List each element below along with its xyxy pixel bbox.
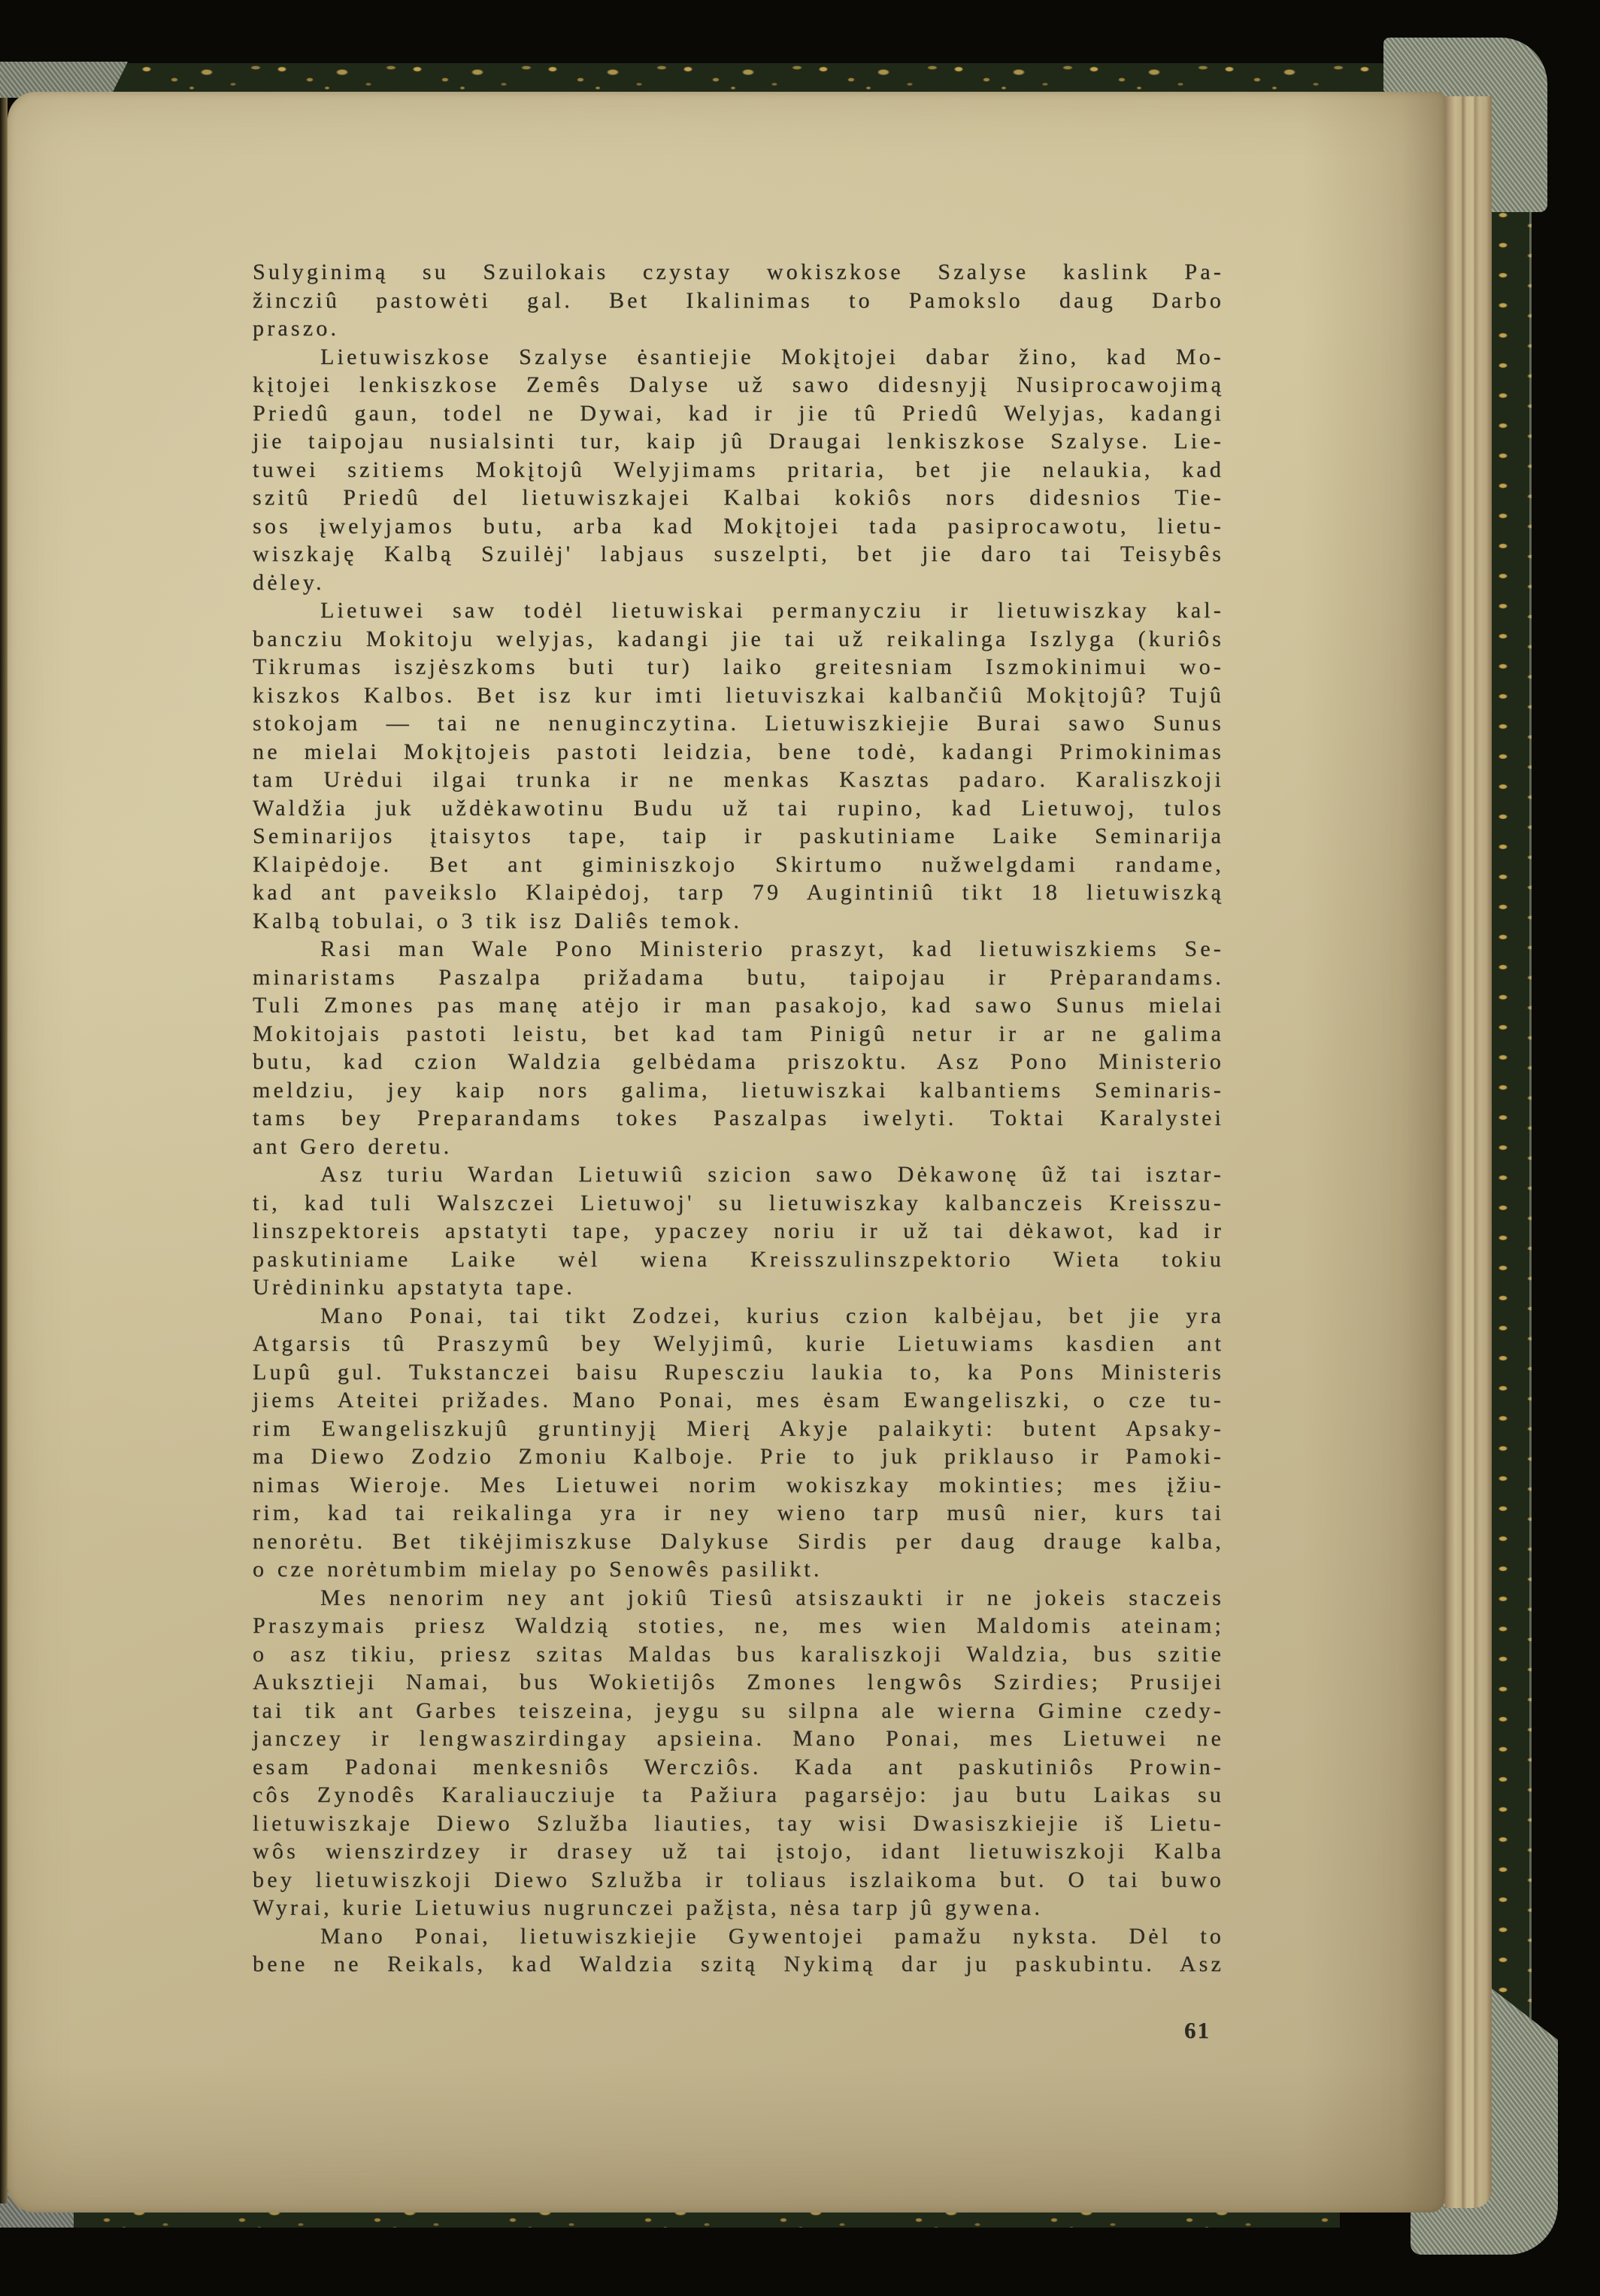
text-line: paskutiniame Laike wėl wiena Kreisszulin… [253,1245,1224,1274]
text-line: wiszkaję Kalbą Szuilėj' labjaus suszelpt… [253,540,1224,569]
paragraph: Rasi man Wale Pono Ministerio praszyt, k… [253,935,1224,1160]
text-line: o cze norėtumbim mielay po Senowês pasil… [253,1555,1224,1584]
text-line: ti, kad tuli Walszczei Lietuwoj' su liet… [253,1189,1224,1218]
text-line: kiszkos Kalbos. Bet isz kur imti lietuvi… [253,681,1224,710]
text-line: Praszymais priesz Waldzią stoties, ne, m… [253,1612,1224,1640]
text-line: Mano Ponai, tai tikt Zodzei, kurius czio… [253,1302,1224,1330]
text-line: sos įwelyjamos butu, arba kad Mokįtojei … [253,512,1224,541]
text-line: kad ant paveikslo Klaipėdoj, tarp 79 Aug… [253,878,1224,907]
page-stack-fore-edge [1445,96,1492,2208]
text-line: Lupû gul. Tukstanczei baisu Rupescziu la… [253,1358,1224,1387]
book-cover-right-edge [1492,89,1532,2032]
text-line: Kalbą tobulai, o 3 tik isz Daliês temok. [253,907,1224,936]
text-line: Wyrai, kurie Lietuwius nugrunczei pažįst… [253,1894,1224,1922]
paragraph: Asz turiu Wardan Lietuwiû szicion sawo D… [253,1160,1224,1302]
text-line: žincziû pastowėti gal. Bet Ikalinimas to… [253,287,1224,315]
text-line: Priedû gaun, todel ne Dywai, kad ir jie … [253,399,1224,428]
text-line: nimas Wieroje. Mes Lietuwei norim wokisz… [253,1471,1224,1500]
text-line: ant Gero deretu. [253,1133,1224,1161]
text-line: linszpektoreis apstatyti tape, ypaczey n… [253,1217,1224,1245]
text-line: o asz tikiu, priesz szitas Maldas bus ka… [253,1640,1224,1669]
text-line: tuwei szitiems Mokįtojû Welyjimams prita… [253,456,1224,484]
text-line: wôs wienszirdzey ir drasey už tai įstojo… [253,1837,1224,1866]
text-line: dėley. [253,569,1224,597]
text-line: minaristams Paszalpa prižadama butu, tai… [253,963,1224,992]
text-line: tam Urėdui ilgai trunka ir ne menkas Kas… [253,766,1224,794]
text-line: meldziu, jey kaip nors galima, lietuwisz… [253,1076,1224,1105]
text-line: tai tik ant Garbes teiszeina, jeygu su s… [253,1697,1224,1725]
page-text: Sulyginimą su Szuilokais czystay wokiszk… [253,258,1224,1979]
text-line: praszo. [253,314,1224,343]
text-line: bene ne Reikals, kad Waldzia szitą Nykim… [253,1950,1224,1979]
paragraph: Lietuwiszkose Szalyse ėsantiejie Mokįtoj… [253,343,1224,597]
text-line: jie taipojau nusialsinti tur, kaip jû Dr… [253,427,1224,456]
text-line: Lietuwei saw todėl lietuwiskai permanycz… [253,596,1224,625]
text-line: ma Diewo Zodzio Zmoniu Kalboje. Prie to … [253,1442,1224,1471]
text-line: stokojam — tai ne nenuginczytina. Lietuw… [253,709,1224,738]
text-line: ne mielai Mokįtojeis pastoti leidzia, be… [253,738,1224,766]
text-line: Rasi man Wale Pono Ministerio praszyt, k… [253,935,1224,963]
text-line: Urėdininku apstatyta tape. [253,1273,1224,1302]
text-line: Sulyginimą su Szuilokais czystay wokiszk… [253,258,1224,287]
paragraph: Mes nenorim ney ant jokiû Tiesû atsiszau… [253,1584,1224,1922]
page-number: 61 [1104,2017,1211,2044]
paragraph: Lietuwei saw todėl lietuwiskai permanycz… [253,596,1224,935]
text-line: bey lietuwiszkoji Diewo Szlužba ir tolia… [253,1866,1224,1894]
text-line: Tikrumas iszjėszkoms buti tur) laiko gre… [253,653,1224,681]
page-stack-left-edge [0,98,8,2203]
text-line: Seminarijos įtaisytos tape, taip ir pask… [253,822,1224,851]
text-line: Atgarsis tû Praszymû bey Welyjimû, kurie… [253,1330,1224,1358]
text-line: côs Zynodês Karaliaucziuje ta Pažiura pa… [253,1781,1224,1809]
text-line: Auksztieji Namai, bus Wokietijôs Zmones … [253,1668,1224,1697]
text-line: rim Ewangeliszkujû gruntinyjį Mierį Akyj… [253,1415,1224,1443]
text-line: Mano Ponai, lietuwiszkiejie Gywentojei p… [253,1922,1224,1951]
text-line: Klaipėdoje. Bet ant giminiszkojo Skirtum… [253,851,1224,879]
text-line: butu, kad czion Waldzia gelbėdama priszo… [253,1048,1224,1076]
text-line: bancziu Mokitoju welyjas, kadangi jie ta… [253,625,1224,654]
text-line: kįtojei lenkiszkose Zemês Dalyse už sawo… [253,371,1224,399]
text-line: szitû Priedû del lietuwiszkajei Kalbai k… [253,484,1224,512]
text-line: lietuwiszkaje Diewo Szlužba liauties, ta… [253,1809,1224,1838]
text-line: Waldžia juk uždėkawotinu Budu už tai rup… [253,794,1224,823]
text-line: tams bey Preparandams tokes Paszalpas iw… [253,1104,1224,1133]
text-line: esam Padonai menkesniôs Wercziôs. Kada a… [253,1753,1224,1782]
text-line: Mokitojais pastoti leistu, bet kad tam P… [253,1020,1224,1048]
text-line: jiems Ateitei prižades. Mano Ponai, mes … [253,1386,1224,1415]
text-line: janczey ir lengwaszirdingay apsieina. Ma… [253,1724,1224,1753]
text-line: nenorėtu. Bet tikėjimiszkuse Dalykuse Si… [253,1527,1224,1556]
text-line: Mes nenorim ney ant jokiû Tiesû atsiszau… [253,1584,1224,1612]
text-line: Lietuwiszkose Szalyse ėsantiejie Mokįtoj… [253,343,1224,372]
scanned-book-photo: Sulyginimą su Szuilokais czystay wokiszk… [0,0,1600,2296]
paragraph: Mano Ponai, lietuwiszkiejie Gywentojei p… [253,1922,1224,1979]
text-line: rim, kad tai reikalinga yra ir ney wieno… [253,1499,1224,1527]
paragraph: Mano Ponai, tai tikt Zodzei, kurius czio… [253,1302,1224,1584]
text-line: Asz turiu Wardan Lietuwiû szicion sawo D… [253,1160,1224,1189]
paragraph: Sulyginimą su Szuilokais czystay wokiszk… [253,258,1224,343]
text-line: Tuli Zmones pas manę atėjo ir man pasako… [253,991,1224,1020]
